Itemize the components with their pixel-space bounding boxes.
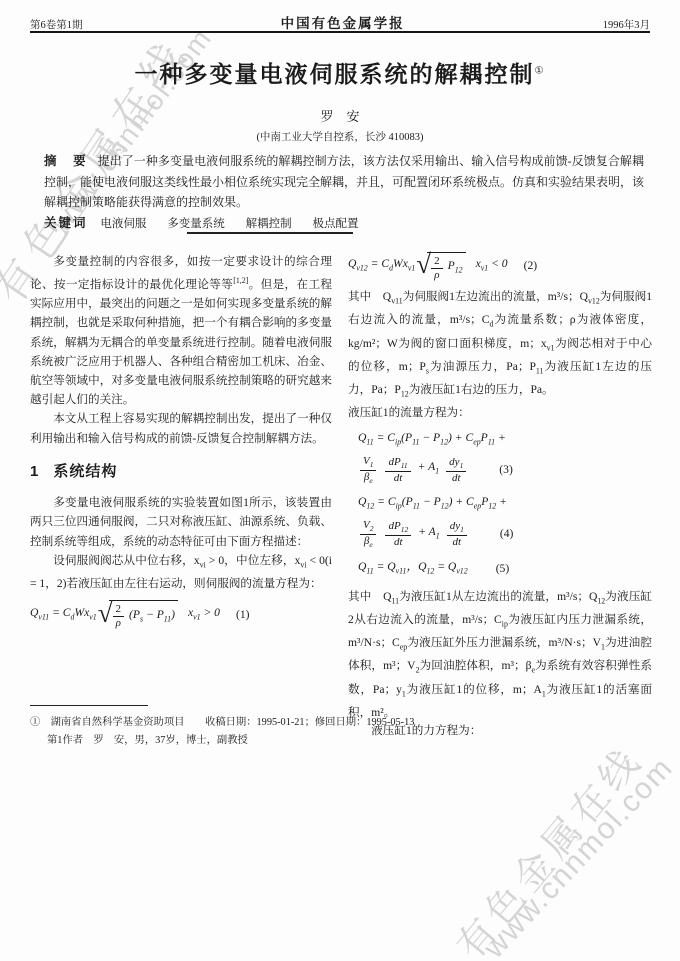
journal-issue: 第6卷第1期	[30, 17, 83, 32]
section-title: 系统结构	[53, 463, 117, 480]
fraction: dP11 dt	[385, 456, 410, 484]
abstract-label: 摘 要	[44, 154, 88, 168]
footnote: ① 湖南省自然科学基金资助项目 收稿日期：1995-01-21；修回日期：199…	[30, 705, 650, 749]
paragraph: 设伺服阀阀芯从中位右移，xvi > 0，中位左移，xvi < 0(i = 1，2…	[30, 551, 332, 594]
affiliation: (中南工业大学自控系，长沙 410083)	[0, 129, 680, 144]
section-heading: 1系统结构	[30, 462, 332, 481]
keyword: 电液伺服	[100, 218, 146, 230]
watermark-chinese-bottom: 有色金属在线	[441, 731, 653, 961]
paragraph: 本文从工程上容易实现的解耦控制出发，提出了一种仅利用输出和输入信号构成的前馈-反…	[30, 409, 332, 447]
equation-number: (3)	[499, 461, 513, 480]
keywords: 关键词 电液伺服 多变量系统 解耦控制 极点配置	[44, 213, 644, 231]
author: 罗 安	[0, 106, 680, 125]
equation-4: Q12 = Cip(P11 − P12) + CepP12 + V2 βe dP…	[348, 493, 652, 550]
keywords-label: 关键词	[44, 216, 88, 230]
right-column: Qv12 = CdWxv1 √ 2 ρ P12 xv1 < 0 (2) 其中 Q…	[348, 252, 652, 741]
title-footnote-mark: ①	[535, 65, 546, 76]
radical-sign: √	[416, 251, 431, 278]
footnote-author-bio: 第1作者 罗 安，男，37岁，博士，副教授	[30, 732, 650, 750]
abstract-body-divider	[187, 232, 353, 234]
paper-title-text: 一种多变量电液伺服系统的解耦控制	[135, 62, 535, 87]
left-column: 多变量控制的内容很多，如按一定要求设计的综合理论、按一定指标设计的最优化理论等等…	[30, 252, 332, 637]
fraction: 2 ρ	[113, 603, 125, 629]
equation-number: (5)	[496, 560, 510, 579]
square-root: √ 2 ρ (Ps − P11)	[98, 600, 178, 629]
paper-title: 一种多变量电液伺服系统的解耦控制①	[0, 56, 680, 89]
equation-3: Q11 = Cip(P11 − P12) + CepP11 + V1 βe dP…	[348, 429, 652, 486]
keyword: 解耦控制	[246, 218, 292, 230]
footnote-rule	[30, 705, 148, 706]
equation-5: Q11 = Qv11，Q12 = Qv12 (5)	[348, 558, 652, 581]
fraction: 2 ρ	[431, 255, 443, 281]
abstract-text: 提出了一种多变量电液伺服系统的解耦控制方法，该方法仅采用输出、输入信号构成前馈-…	[44, 154, 644, 209]
equation-1: Qv11 = CdWxv1 √ 2 ρ (Ps − P11) xv1 > 0 (…	[30, 600, 332, 629]
paragraph: 其中 Q11为液压缸1从左边流出的流量，m³/s；Q12为液压缸2从右边流入的流…	[348, 588, 652, 722]
fraction: V1 βe	[360, 455, 376, 486]
page-header: 第6卷第1期 中国有色金属学报 1996年3月	[30, 12, 650, 32]
keyword: 极点配置	[313, 218, 359, 230]
equation-2: Qv12 = CdWxv1 √ 2 ρ P12 xv1 < 0 (2)	[348, 252, 652, 281]
equation-number: (1)	[236, 605, 250, 624]
paragraph: 多变量控制的内容很多，如按一定要求设计的综合理论、按一定指标设计的最优化理论等等…	[30, 252, 332, 409]
radical-sign: √	[98, 600, 113, 627]
abstract: 摘 要提出了一种多变量电液伺服系统的解耦控制方法，该方法仅采用输出、输入信号构成…	[44, 151, 644, 213]
fraction: dy1 dt	[447, 520, 467, 548]
journal-name: 中国有色金属学报	[281, 12, 405, 32]
footnote-funding: ① 湖南省自然科学基金资助项目 收稿日期：1995-01-21；修回日期：199…	[30, 714, 650, 732]
paragraph: 其中 Qv11为伺服阀1左边流出的流量，m³/s；Qv12为伺服阀1右边流入的流…	[348, 288, 652, 404]
fraction: dy1 dt	[446, 456, 466, 484]
paragraph: 多变量电液伺服系统的实验装置如图1所示，该装置由两只三位四通伺服阀，二只对称液压…	[30, 493, 332, 551]
keyword: 多变量系统	[167, 218, 225, 230]
fraction: dP12 dt	[385, 520, 411, 548]
section-number: 1	[30, 463, 39, 480]
journal-date: 1996年3月	[603, 17, 650, 32]
paragraph: 液压缸1的流量方程为：	[348, 404, 652, 423]
square-root: √ 2 ρ P12	[416, 252, 465, 281]
journal-page: 有色金属在线 www.cnnmol.com 有色金属在线 www.cnnmol.…	[0, 0, 680, 961]
header-rule	[30, 31, 650, 33]
equation-number: (2)	[524, 257, 538, 276]
fraction: V2 βe	[360, 519, 376, 550]
equation-number: (4)	[500, 525, 514, 544]
